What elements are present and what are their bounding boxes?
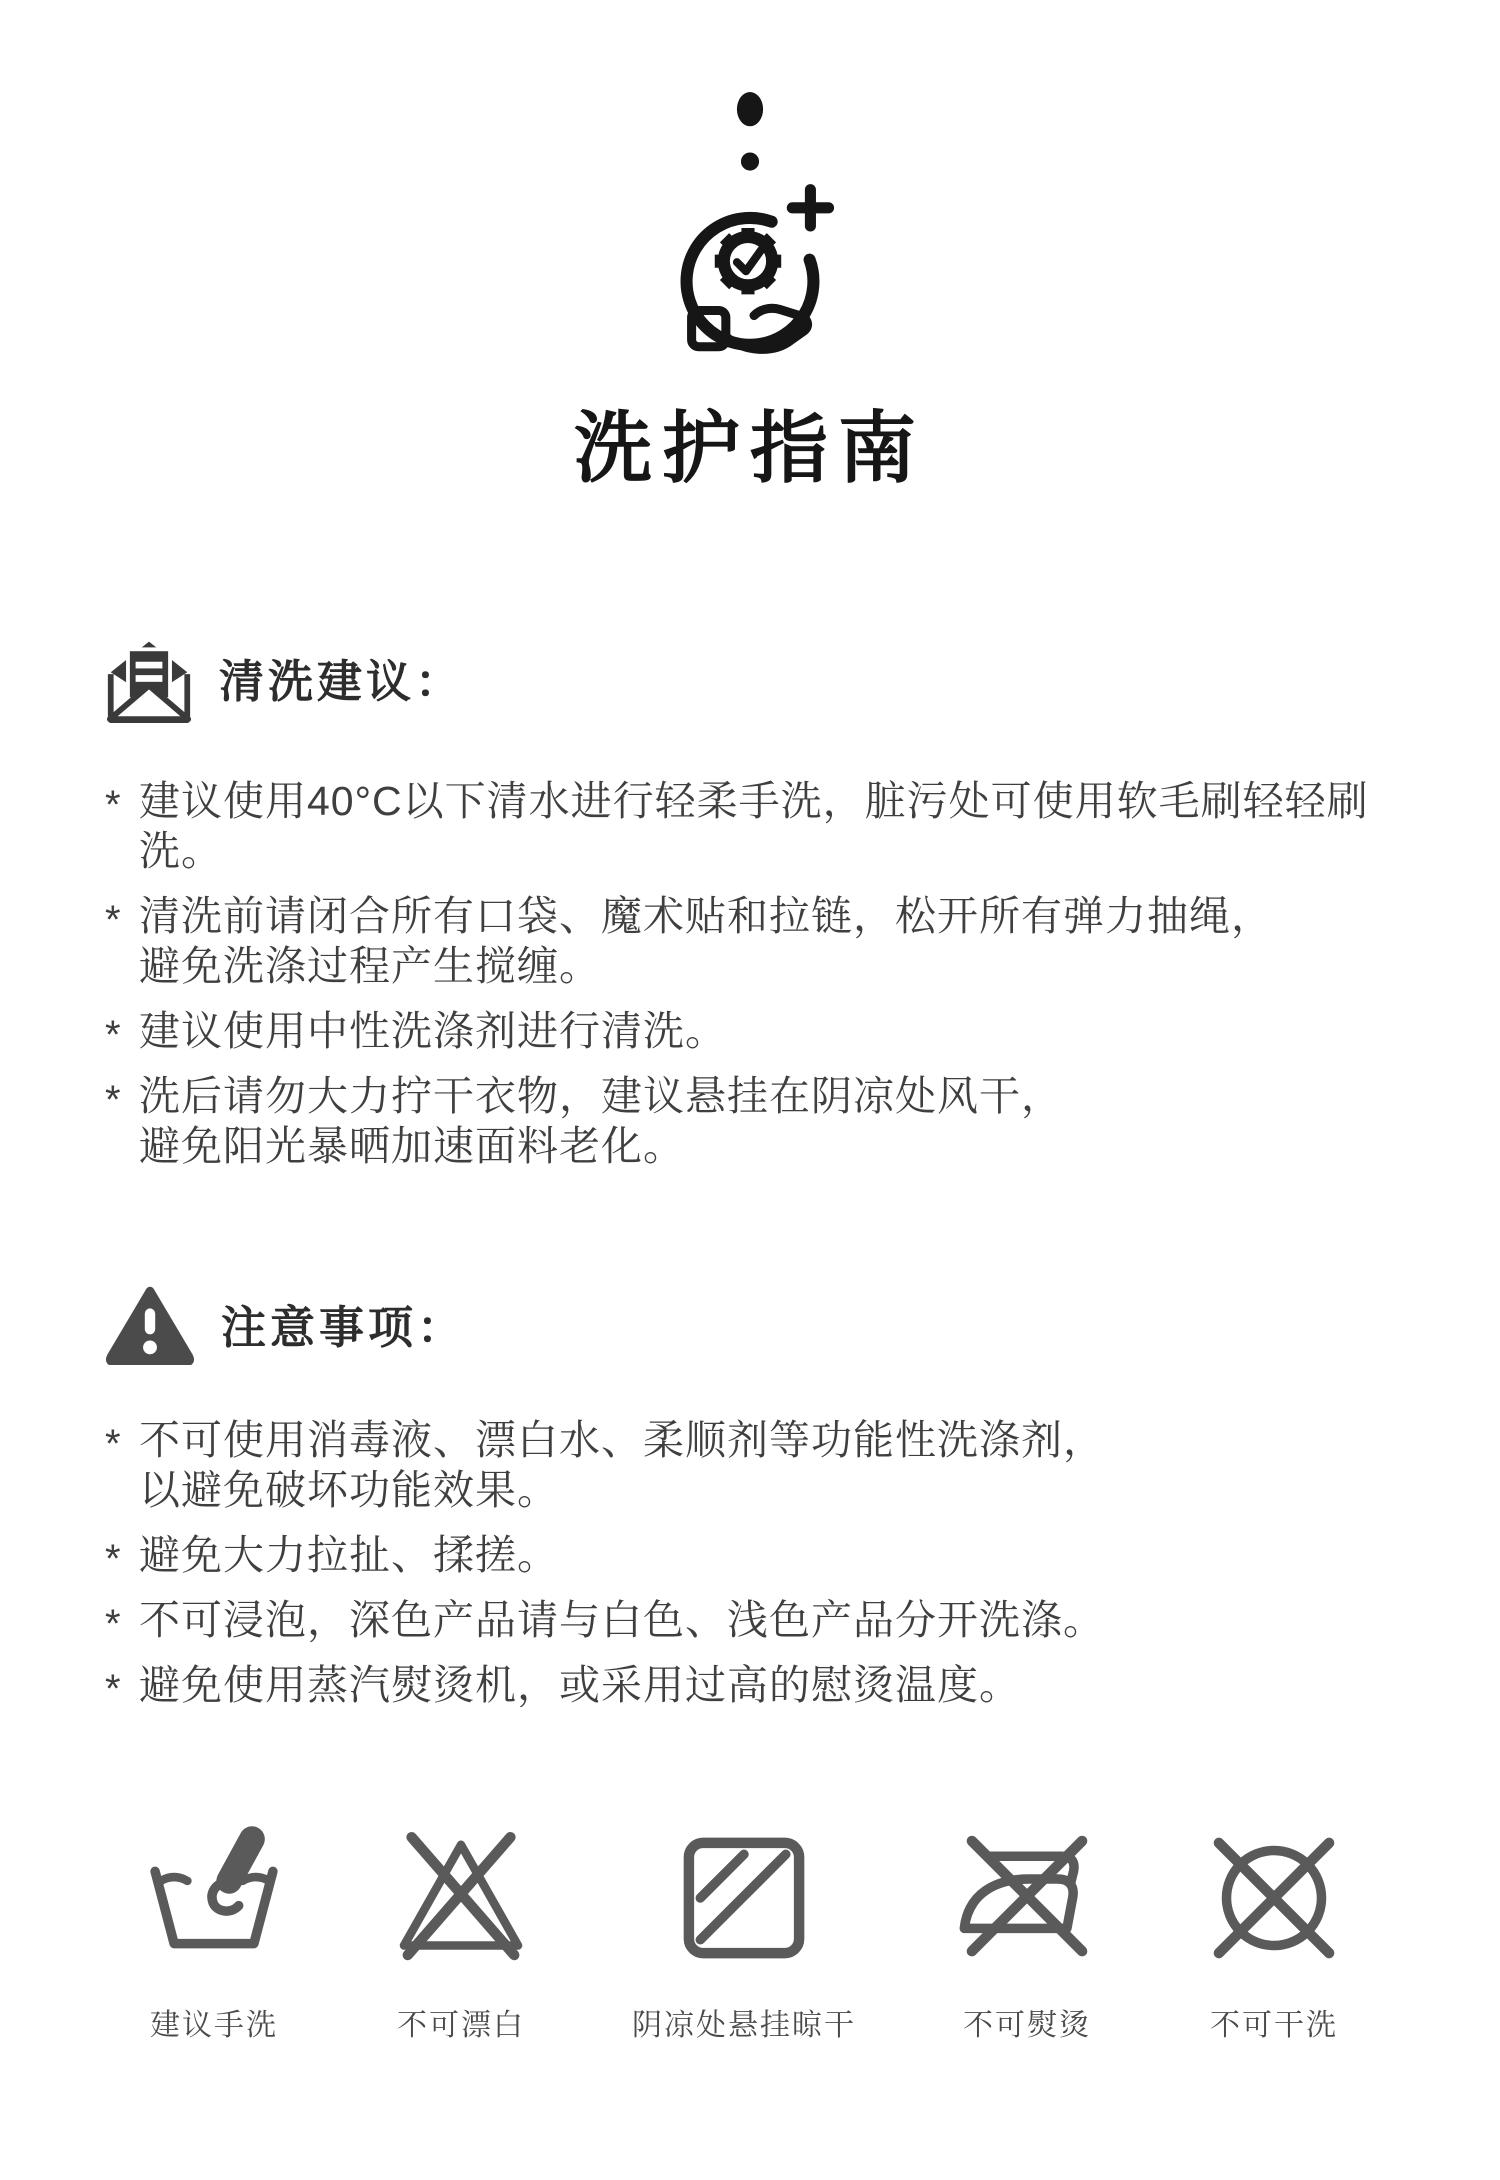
care-service-icon: [645, 88, 855, 380]
care-symbol-label: 不可漂白: [397, 2000, 525, 2044]
warning-triangle-icon: [105, 1283, 195, 1365]
open-envelope-icon: [105, 630, 193, 726]
care-symbol-line-dry-shade: 阴凉处悬挂晾干: [632, 1822, 856, 2044]
care-symbol-no-bleach: 不可漂白: [385, 1822, 537, 2044]
care-symbols-row: 建议手洗 不可漂白 阴凉处悬挂晾干 不可熨烫 不可干洗: [0, 1822, 1500, 2044]
section-notes-heading: 注意事项：: [221, 1291, 466, 1356]
hand-wash-icon: [138, 1822, 290, 1974]
care-symbol-label: 阴凉处悬挂晾干: [632, 2000, 856, 2044]
section-notes: 注意事项： * 不可使用消毒液、漂白水、柔顺剂等功能性洗涤剂， 以避免破坏功能效…: [0, 1283, 1500, 1710]
bullet-text: 不可浸泡，深色产品请与白色、浅色产品分开洗涤。: [139, 1595, 1105, 1645]
bullet-marker: *: [105, 1667, 139, 1712]
bullet-marker: *: [105, 1078, 139, 1123]
list-item: * 不可使用消毒液、漂白水、柔顺剂等功能性洗涤剂， 以避免破坏功能效果。: [105, 1415, 1430, 1515]
notes-list: * 不可使用消毒液、漂白水、柔顺剂等功能性洗涤剂， 以避免破坏功能效果。 * 避…: [105, 1415, 1430, 1710]
bullet-text: 建议使用40°C以下清水进行轻柔手洗，脏污处可使用软毛刷轻轻刷洗。: [139, 776, 1430, 876]
care-symbol-no-dry-clean: 不可干洗: [1198, 1822, 1350, 2044]
hero-block: 洗护指南: [0, 0, 1500, 492]
list-item: * 洗后请勿大力拧干衣物，建议悬挂在阴凉处风干， 避免阳光暴晒加速面料老化。: [105, 1071, 1430, 1171]
section-wash-heading: 清洗建议：: [219, 645, 464, 710]
bullet-text: 避免大力拉扯、揉搓。: [139, 1530, 559, 1580]
bullet-marker: *: [105, 1422, 139, 1467]
bullet-text: 洗后请勿大力拧干衣物，建议悬挂在阴凉处风干， 避免阳光暴晒加速面料老化。: [139, 1071, 1063, 1171]
no-dry-clean-icon: [1198, 1822, 1350, 1974]
line-dry-shade-icon: [668, 1822, 820, 1974]
list-item: * 不可浸泡，深色产品请与白色、浅色产品分开洗涤。: [105, 1595, 1430, 1645]
bullet-marker: *: [105, 783, 139, 828]
bullet-text: 避免使用蒸汽熨烫机，或采用过高的慰烫温度。: [139, 1660, 1021, 1710]
bullet-marker: *: [105, 898, 139, 943]
bullet-marker: *: [105, 1537, 139, 1582]
no-bleach-icon: [385, 1822, 537, 1974]
care-symbol-label: 不可熨烫: [963, 2000, 1091, 2044]
care-symbol-label: 建议手洗: [150, 2000, 278, 2044]
section-notes-header: 注意事项：: [105, 1283, 1430, 1365]
bullet-marker: *: [105, 1013, 139, 1058]
care-symbol-hand-wash: 建议手洗: [138, 1822, 290, 2044]
section-wash-header: 清洗建议：: [105, 630, 1430, 726]
care-symbol-no-iron: 不可熨烫: [951, 1822, 1103, 2044]
care-symbol-label: 不可干洗: [1210, 2000, 1338, 2044]
list-item: * 建议使用中性洗涤剂进行清洗。: [105, 1006, 1430, 1056]
bullet-text: 建议使用中性洗涤剂进行清洗。: [139, 1006, 727, 1056]
list-item: * 清洗前请闭合所有口袋、魔术贴和拉链，松开所有弹力抽绳， 避免洗涤过程产生搅缠…: [105, 891, 1430, 991]
list-item: * 建议使用40°C以下清水进行轻柔手洗，脏污处可使用软毛刷轻轻刷洗。: [105, 776, 1430, 876]
bullet-marker: *: [105, 1602, 139, 1647]
page-title: 洗护指南: [0, 406, 1500, 492]
no-iron-icon: [951, 1822, 1103, 1974]
list-item: * 避免使用蒸汽熨烫机，或采用过高的慰烫温度。: [105, 1660, 1430, 1710]
bullet-text: 不可使用消毒液、漂白水、柔顺剂等功能性洗涤剂， 以避免破坏功能效果。: [139, 1415, 1105, 1515]
wash-advice-list: * 建议使用40°C以下清水进行轻柔手洗，脏污处可使用软毛刷轻轻刷洗。 * 清洗…: [105, 776, 1430, 1171]
list-item: * 避免大力拉扯、揉搓。: [105, 1530, 1430, 1580]
section-wash-advice: 清洗建议： * 建议使用40°C以下清水进行轻柔手洗，脏污处可使用软毛刷轻轻刷洗…: [0, 630, 1500, 1171]
bullet-text: 清洗前请闭合所有口袋、魔术贴和拉链，松开所有弹力抽绳， 避免洗涤过程产生搅缠。: [139, 891, 1273, 991]
